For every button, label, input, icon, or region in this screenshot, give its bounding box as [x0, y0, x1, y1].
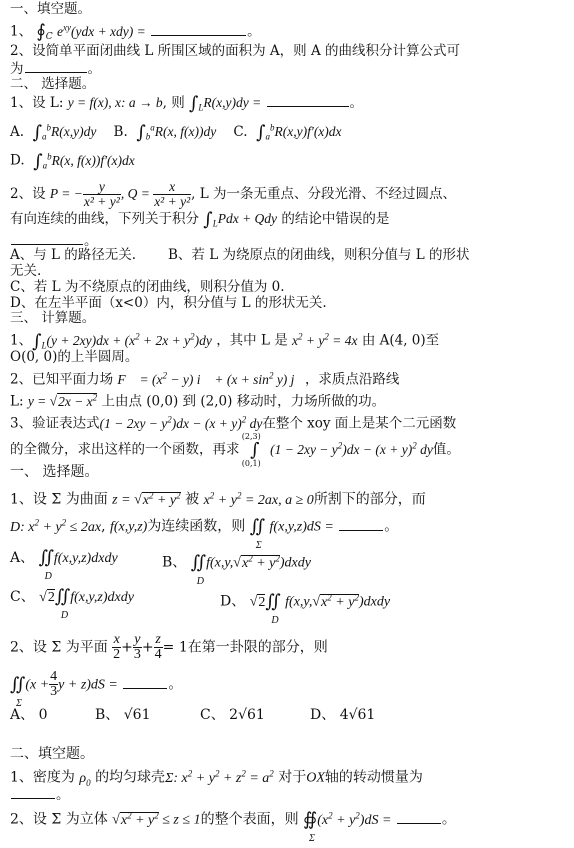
fraction-p: yx² + y²: [83, 180, 121, 209]
option-label: B.: [114, 124, 128, 140]
text: 1、: [10, 333, 32, 349]
definite-integral: (2,3) ∫ (0,1): [244, 441, 266, 460]
surface-q1-options-ab: A、 ∬Df(x,y,z)dxdy: [10, 549, 118, 568]
option-b[interactable]: B、 ∬Df(x,y,√x2 + y2)dxdy: [162, 549, 311, 573]
text: 的均匀球壳: [95, 770, 165, 786]
text: 的结论中错误的是: [281, 211, 389, 227]
text: ，其中 L 是: [216, 333, 288, 349]
math: P = −: [50, 186, 83, 201]
text: 1、密度为: [10, 770, 75, 786]
option-a[interactable]: A、 0: [10, 706, 95, 724]
text: 2、设: [10, 186, 50, 202]
answer-blank[interactable]: [151, 34, 246, 36]
option-label: D、: [220, 594, 245, 610]
surface-equation: z = √x2 + y2: [112, 492, 180, 508]
curve-equation: x2 + y2 = 4x: [292, 333, 357, 348]
text: 2、设 Σ 为平面: [10, 640, 108, 656]
integral-subscript: C: [46, 32, 53, 42]
option-b[interactable]: B、 √61: [95, 706, 200, 724]
option-c[interactable]: C、 √2∬Df(x,y,z)dxdy: [10, 588, 134, 607]
surface-question-1-line1: 1、设 Σ 为曲面 z = √x2 + y2 被 x2 + y2 = 2ax, …: [10, 486, 426, 510]
line-integral: ∫LPdx + Qdy: [203, 211, 277, 226]
text: , 则: [163, 95, 189, 111]
option-d[interactable]: D. ∫abR(x, f(x))f′(x)dx: [10, 147, 135, 174]
period: 。: [350, 95, 364, 111]
text: 有向连续的曲线，下列关于积分: [10, 211, 199, 227]
fill2-question-1-blank: 。: [10, 786, 70, 804]
text: 在整个 xoy 面上是某个二元函数: [262, 416, 456, 432]
math: , Q =: [121, 186, 153, 201]
section-heading-choice-2: 一、 选择题。: [10, 463, 98, 481]
text: 2、设 Σ 为立体: [10, 812, 108, 828]
option-b[interactable]: B. ∫baR(x, f(x))dy: [114, 124, 217, 140]
choice-question-2-line2: 有向连续的曲线，下列关于积分 ∫LPdx + Qdy 的结论中错误的是: [10, 210, 389, 233]
contour-integral-symbol: ∮: [36, 21, 45, 42]
text: 的整个表面，则: [201, 812, 299, 828]
option-label: A.: [10, 124, 24, 140]
plane-q2-options: A、 0B、 √61C、 2√61D、 4√61: [10, 706, 375, 724]
surface-integral: ∬Σ: [250, 519, 265, 535]
period: 。: [384, 519, 398, 535]
line-integral: ∫LR(x,y)dy =: [189, 95, 261, 110]
plane-question-2-line2: ∬Σ(x +43y + z)dS = 。: [10, 670, 182, 699]
integrand: exy(ydx + xdy) =: [57, 24, 146, 39]
text: 轴的转动惯量为: [325, 770, 423, 786]
choice-question-2-line1: 2、设 P = −yx² + y², Q = xx² + y², L 为一条无重…: [10, 180, 456, 209]
calc-question-3-line2: 的全微分，求出这样的一个函数，再求 (2,3) ∫ (0,1) (1 − 2xy…: [10, 436, 460, 459]
differential-expression: (1 − 2xy − y2)dx − (x + y)2 dy: [100, 416, 263, 431]
sphere-equation: Σ: x2 + y2 + z2 = a2: [165, 771, 274, 786]
section-heading-fill: 一、填空题。: [10, 0, 91, 18]
text: = 1: [163, 640, 188, 656]
calc-question-3-line1: 3、验证表达式(1 − 2xy − y2)dx − (x + y)2 dy在整个…: [10, 410, 456, 433]
text: 2、已知平面力场: [10, 372, 113, 388]
text: 的全微分，求出这样的一个函数，再求: [10, 442, 240, 458]
domain-d: D: x2 + y2 ≤ 2ax: [10, 520, 101, 535]
answer-blank[interactable]: [267, 105, 349, 107]
text: 为连续函数，则: [147, 519, 245, 535]
option-label: B、: [162, 555, 186, 571]
option-c[interactable]: C. ∫abR(x,y)f′(x)dx: [233, 124, 341, 140]
period: 。: [442, 812, 456, 828]
text: 1、设 L:: [10, 95, 68, 111]
calc-question-2-line2: L: y = √2x − x2 上由点 (0,0) 到 (2,0) 移动时，力场…: [10, 388, 385, 411]
period: 。: [168, 677, 182, 693]
upper-limit: (2,3): [242, 428, 261, 446]
surface-question-1-line2: D: x2 + y2 ≤ 2ax, f(x,y,z)为连续函数，则 ∬Σ f(x…: [10, 513, 398, 537]
text: 对于: [278, 770, 306, 786]
answer-blank[interactable]: [123, 687, 167, 689]
answer-blank[interactable]: [397, 822, 441, 824]
path-equation: y = √2x − x2: [28, 393, 97, 409]
math: y = f(x), x: a → b: [68, 95, 163, 110]
text: , L 为一条无重点、分段光滑、不经过圆点、: [191, 186, 456, 202]
option-label: A、: [10, 550, 34, 566]
answer-blank[interactable]: [11, 797, 55, 799]
choice-question-1: 1、设 L: y = f(x), x: a → b, 则 ∫LR(x,y)dy …: [10, 94, 363, 117]
answer-blank[interactable]: [339, 529, 383, 531]
fill-question-2-line1: 2、设简单平面闭曲线 L 所围区域的面积为 A，则 A 的曲线积分计算公式可: [10, 42, 460, 60]
option-c[interactable]: C、 2√61: [200, 706, 310, 724]
text: 在第一卦限的部分，则: [188, 640, 328, 656]
text: 被: [185, 492, 199, 508]
lower-limit: (0,1): [242, 455, 261, 473]
answer-blank[interactable]: [11, 243, 83, 245]
option-label: D.: [10, 153, 25, 169]
fill2-question-2: 2、设 Σ 为立体 √x2 + y2 ≤ z ≤ 1的整个表面，则 ∯Σ(x2 …: [10, 806, 456, 830]
option-label: C、: [10, 589, 35, 605]
option-d[interactable]: D、 4√61: [310, 707, 375, 723]
option-a[interactable]: A、 ∬Df(x,y,z)dxdy: [10, 550, 118, 566]
section-heading-calc: 三、 计算题。: [10, 309, 95, 327]
function: f(x,y,z): [110, 520, 147, 535]
option-d[interactable]: D、 √2∬D f(x,y,√x2 + y2)dxdy: [220, 588, 390, 612]
text: L:: [10, 394, 28, 410]
fill2-question-1-line1: 1、密度为 ρ0 的均匀球壳Σ: x2 + y2 + z2 = a2 对于OX轴…: [10, 764, 423, 791]
text: 所割下的部分，而: [314, 492, 426, 508]
line-integral: ∫L(y + 2xy)dx + (x2 + 2x + y2)dy: [32, 333, 212, 348]
period: 。: [247, 24, 261, 40]
option-a[interactable]: A. ∫abR(x,y)dy: [10, 124, 96, 140]
section-heading-choice: 二、 选择题。: [10, 75, 95, 93]
period: 。: [56, 787, 70, 803]
axis: OX: [306, 771, 325, 786]
text: 由 A(4, 0)至: [362, 333, 439, 349]
calc-question-1-line2: O(0, 0)的上半圆周。: [10, 348, 138, 366]
force-field: F⃗ = (x2 − y) i⃗ + (x + sin2 y) j⃗: [117, 372, 305, 387]
closed-surface-integral: ∯Σ: [303, 812, 317, 828]
integrand: (1 − 2xy − y2)dx − (x + y)2 dy: [270, 442, 433, 457]
section-heading-fill-2: 二、填空题。: [10, 745, 94, 763]
text: ，求质点沿路线: [305, 372, 400, 388]
answer-blank[interactable]: [25, 71, 87, 73]
fraction-q: xx² + y²: [153, 180, 191, 209]
text: 1、设 Σ 为曲面: [10, 492, 108, 508]
solid-inequality: √x2 + y2 ≤ z ≤ 1: [112, 812, 200, 828]
choice-q1-options-abc: A. ∫abR(x,y)dy B. ∫baR(x, f(x))dy C. ∫ab…: [10, 118, 342, 145]
question-number: 1、: [10, 24, 32, 40]
option-label: C.: [233, 124, 247, 140]
text: 值。: [433, 442, 460, 458]
text: 上由点 (0,0) 到 (2,0) 移动时，力场所做的功。: [101, 394, 385, 410]
text: 3、验证表达式: [10, 416, 100, 432]
plane-question-2-line1: 2、设 Σ 为平面 x2+y3+z4= 1在第一卦限的部分，则: [10, 633, 328, 662]
calc-question-2-line1: 2、已知平面力场 F⃗ = (x2 − y) i⃗ + (x + sin2 y)…: [10, 366, 399, 389]
cylinder-equation: x2 + y2 = 2ax, a ≥ 0: [204, 493, 314, 508]
density-symbol: ρ0: [79, 771, 90, 786]
option-b[interactable]: B、若 L 为绕原点的闭曲线，则积分值与 L 的形状: [168, 246, 470, 264]
